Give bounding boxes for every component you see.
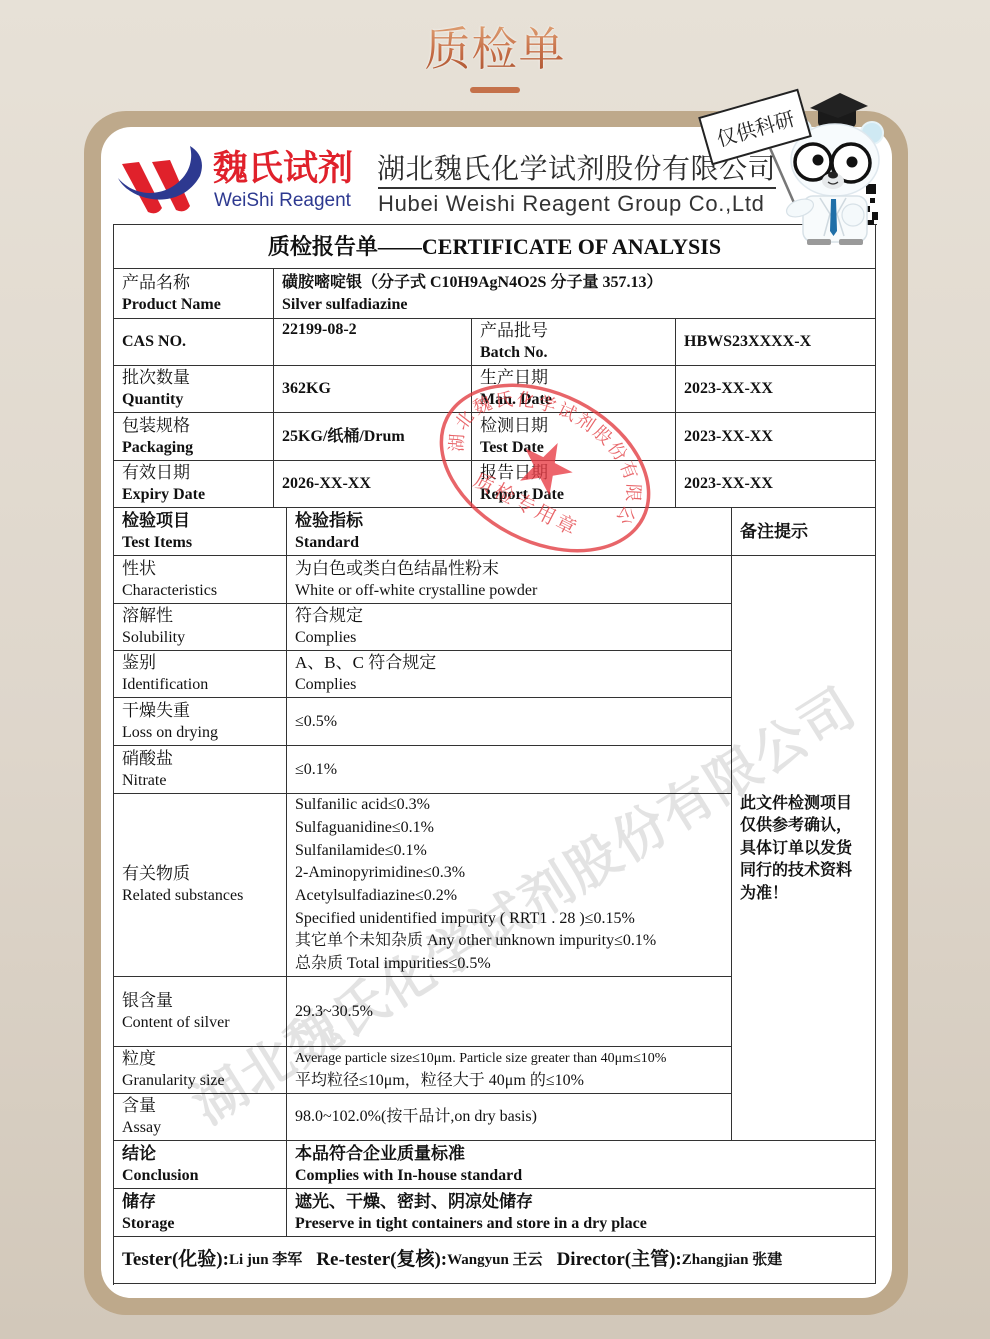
standard-line: 符合规定 bbox=[295, 605, 731, 627]
value-cn: 遮光、干燥、密封、阴凉处储存 bbox=[295, 1191, 875, 1213]
value-en: Preserve in tight containers and store i… bbox=[295, 1213, 875, 1235]
test-item: 粒度 Granularity size bbox=[114, 1047, 287, 1094]
batch-value: HBWS23XXXX-X bbox=[676, 319, 876, 366]
test-standard: A、B、C 符合规定 Complies bbox=[287, 651, 732, 698]
test-item: 有关物质 Related substances bbox=[114, 794, 287, 977]
remarks-header: 备注提示 bbox=[732, 508, 876, 556]
remarks-line: 此文件检测项目 bbox=[740, 792, 875, 815]
certificate-table: 质检报告单——CERTIFICATE OF ANALYSIS 产品名称 Prod… bbox=[113, 224, 877, 1285]
test-item: 干燥失重 Loss on drying bbox=[114, 698, 287, 746]
header-en: Standard bbox=[295, 532, 731, 554]
tester-name: Li jun 李军 bbox=[229, 1249, 302, 1271]
standard-line: Acetylsulfadiazine≤0.2% bbox=[295, 885, 731, 908]
test-item: 溶解性 Solubility bbox=[114, 604, 287, 651]
label-cn: 结论 bbox=[122, 1143, 286, 1165]
label-en: Quantity bbox=[122, 389, 273, 411]
label-en: Expiry Date bbox=[122, 484, 273, 506]
item-cn: 银含量 bbox=[122, 990, 286, 1012]
label-cn: 批次数量 bbox=[122, 367, 273, 389]
test-date-value: 2023-XX-XX bbox=[676, 413, 876, 461]
retester-label: Re-tester(复核): bbox=[316, 1249, 447, 1271]
standard-line: A、B、C 符合规定 bbox=[295, 652, 731, 674]
label-cn: 产品批号 bbox=[480, 320, 675, 342]
test-standard: Sulfanilic acid≤0.3% Sulfaguanidine≤0.1%… bbox=[287, 794, 732, 977]
quantity-label: 批次数量 Quantity bbox=[114, 366, 274, 413]
value-cn: 磺胺嘧啶银（分子式 C10H9AgN4O2S 分子量 357.13） bbox=[282, 272, 875, 294]
item-en: Assay bbox=[122, 1117, 286, 1139]
item-cn: 粒度 bbox=[122, 1048, 286, 1070]
company-name-rule bbox=[378, 187, 776, 189]
standard-line: 98.0~102.0%(按干品计,on dry basis) bbox=[295, 1106, 731, 1128]
item-cn: 有关物质 bbox=[122, 863, 286, 885]
batch-label: 产品批号 Batch No. bbox=[472, 319, 676, 366]
cas-value: 22199-08-2 bbox=[274, 319, 472, 366]
weishi-logo-icon bbox=[110, 140, 210, 222]
label-cn: 储存 bbox=[122, 1191, 286, 1213]
label-en: Storage bbox=[122, 1213, 286, 1235]
title-divider bbox=[470, 87, 520, 93]
standard-line: 为白色或类白色结晶性粉末 bbox=[295, 558, 731, 580]
header-en: Test Items bbox=[122, 532, 286, 554]
report-date-label: 报告日期 Report Date bbox=[472, 461, 676, 508]
conclusion-label: 结论 Conclusion bbox=[114, 1141, 287, 1189]
test-item: 性状 Characteristics bbox=[114, 556, 287, 604]
product-name-label: 产品名称 Product Name bbox=[114, 269, 274, 319]
test-date-label: 检测日期 Test Date bbox=[472, 413, 676, 461]
director-label: Director(主管): bbox=[557, 1249, 682, 1271]
item-en: Loss on drying bbox=[122, 722, 286, 744]
signature-row: Tester(化验): Li jun 李军 Re-tester(复核): Wan… bbox=[114, 1237, 876, 1284]
packaging-value: 25KG/纸桶/Drum bbox=[274, 413, 472, 461]
test-standard: ≤0.5% bbox=[287, 698, 732, 746]
test-items-header: 检验项目 Test Items bbox=[114, 508, 287, 556]
label-en: CAS NO. bbox=[122, 331, 273, 353]
storage-label: 储存 Storage bbox=[114, 1189, 287, 1237]
item-cn: 性状 bbox=[122, 558, 286, 580]
item-cn: 含量 bbox=[122, 1095, 286, 1117]
standard-line: 平均粒径≤10μm，粒径大于 40μm 的≤10% bbox=[295, 1070, 731, 1092]
label-cn: 报告日期 bbox=[480, 462, 675, 484]
label-en: Test Date bbox=[480, 437, 675, 459]
remarks-line: 仅供参考确认， bbox=[740, 814, 875, 837]
tester-label: Tester(化验): bbox=[122, 1249, 229, 1271]
label-en: Batch No. bbox=[480, 342, 675, 364]
remarks-note: 此文件检测项目 仅供参考确认， 具体订单以发货 同行的技术资料 为准！ bbox=[732, 556, 876, 1141]
test-item: 含量 Assay bbox=[114, 1094, 287, 1141]
header-cn: 检验项目 bbox=[122, 510, 286, 532]
item-en: Nitrate bbox=[122, 770, 286, 792]
retester-name: Wangyun 王云 bbox=[447, 1249, 542, 1271]
test-standard: ≤0.1% bbox=[287, 746, 732, 794]
label-en: Man. Date bbox=[480, 389, 675, 411]
test-item: 银含量 Content of silver bbox=[114, 977, 287, 1047]
label-cn: 产品名称 bbox=[122, 272, 273, 294]
standard-line: ≤0.1% bbox=[295, 759, 731, 781]
brand-name-cn: 魏氏试剂 bbox=[213, 147, 353, 191]
test-standard: Average particle size≤10μm. Particle siz… bbox=[287, 1047, 732, 1094]
standard-line: 29.3~30.5% bbox=[295, 1001, 731, 1023]
label-cn: 检测日期 bbox=[480, 415, 675, 437]
conclusion-value: 本品符合企业质量标准 Complies with In-house standa… bbox=[287, 1141, 876, 1189]
standard-line: Sulfaguanidine≤0.1% bbox=[295, 817, 731, 840]
value-en: Silver sulfadiazine bbox=[282, 294, 875, 316]
value-en: Complies with In-house standard bbox=[295, 1165, 875, 1187]
test-standard: 29.3~30.5% bbox=[287, 977, 732, 1047]
standard-line: Complies bbox=[295, 674, 731, 696]
expiry-date-label: 有效日期 Expiry Date bbox=[114, 461, 274, 508]
header-cn: 检验指标 bbox=[295, 510, 731, 532]
standard-line: White or off-white crystalline powder bbox=[295, 580, 731, 602]
standard-line: Average particle size≤10μm. Particle siz… bbox=[295, 1048, 731, 1070]
standard-line: 其它单个未知杂质 Any other unknown impurity≤0.1% bbox=[295, 930, 731, 953]
report-date-value: 2023-XX-XX bbox=[676, 461, 876, 508]
storage-value: 遮光、干燥、密封、阴凉处储存 Preserve in tight contain… bbox=[287, 1189, 876, 1237]
remarks-line: 同行的技术资料 bbox=[740, 859, 875, 882]
label-en: Product Name bbox=[122, 294, 273, 316]
test-item: 鉴别 Identification bbox=[114, 651, 287, 698]
remarks-line: 具体订单以发货 bbox=[740, 837, 875, 860]
standard-line: Specified unidentified impurity ( RRT1 .… bbox=[295, 908, 731, 931]
company-name-en: Hubei Weishi Reagent Group Co.,Ltd bbox=[378, 190, 765, 218]
standard-line: 2-Aminopyrimidine≤0.3% bbox=[295, 862, 731, 885]
label-en: Report Date bbox=[480, 484, 675, 506]
item-cn: 溶解性 bbox=[122, 605, 286, 627]
standard-line: Sulfanilamide≤0.1% bbox=[295, 840, 731, 863]
expiry-date-value: 2026-XX-XX bbox=[274, 461, 472, 508]
item-en: Content of silver bbox=[122, 1012, 286, 1034]
value-cn: 本品符合企业质量标准 bbox=[295, 1143, 875, 1165]
item-en: Related substances bbox=[122, 885, 286, 907]
brand-name-en: WeiShi Reagent bbox=[214, 189, 351, 213]
cas-label: CAS NO. bbox=[114, 319, 274, 366]
quantity-value: 362KG bbox=[274, 366, 472, 413]
man-date-value: 2023-XX-XX bbox=[676, 366, 876, 413]
item-en: Solubility bbox=[122, 627, 286, 649]
item-cn: 干燥失重 bbox=[122, 700, 286, 722]
standard-line: Complies bbox=[295, 627, 731, 649]
page-title: 质检单 bbox=[0, 20, 990, 78]
director-name: Zhangjian 张建 bbox=[682, 1249, 782, 1271]
standard-line: Sulfanilic acid≤0.3% bbox=[295, 794, 731, 817]
item-en: Identification bbox=[122, 674, 286, 696]
packaging-label: 包装规格 Packaging bbox=[114, 413, 274, 461]
test-item: 硝酸盐 Nitrate bbox=[114, 746, 287, 794]
label-cn: 包装规格 bbox=[122, 415, 273, 437]
man-date-label: 生产日期 Man. Date bbox=[472, 366, 676, 413]
item-cn: 硝酸盐 bbox=[122, 748, 286, 770]
standard-header: 检验指标 Standard bbox=[287, 508, 732, 556]
label-en: Conclusion bbox=[122, 1165, 286, 1187]
test-standard: 98.0~102.0%(按干品计,on dry basis) bbox=[287, 1094, 732, 1141]
test-standard: 符合规定 Complies bbox=[287, 604, 732, 651]
item-en: Granularity size bbox=[122, 1070, 286, 1092]
standard-line: ≤0.5% bbox=[295, 711, 731, 733]
item-cn: 鉴别 bbox=[122, 652, 286, 674]
label-en: Packaging bbox=[122, 437, 273, 459]
test-standard: 为白色或类白色结晶性粉末 White or off-white crystall… bbox=[287, 556, 732, 604]
remarks-line: 为准！ bbox=[740, 882, 875, 905]
label-cn: 有效日期 bbox=[122, 462, 273, 484]
standard-line: 总杂质 Total impurities≤0.5% bbox=[295, 953, 731, 976]
label-cn: 生产日期 bbox=[480, 367, 675, 389]
item-en: Characteristics bbox=[122, 580, 286, 602]
product-name-value: 磺胺嘧啶银（分子式 C10H9AgN4O2S 分子量 357.13） Silve… bbox=[274, 269, 876, 319]
